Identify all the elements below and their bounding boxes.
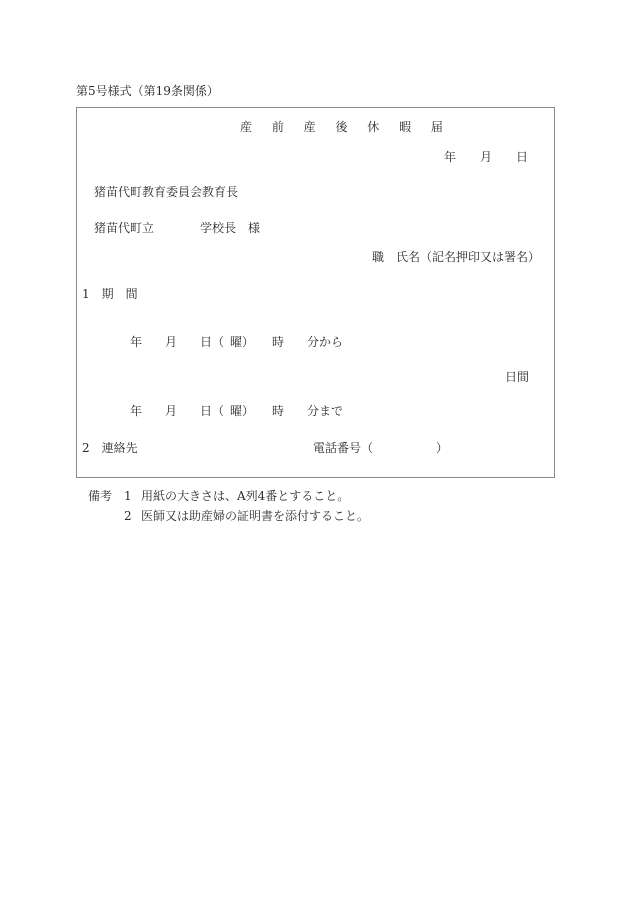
addressee-school-prefix: 猪苗代町立 <box>94 221 154 235</box>
from-hour: 時 <box>272 335 284 349</box>
date-month: 月 <box>480 150 492 164</box>
date-day: 日 <box>516 150 528 164</box>
section-contact-label: 2 連絡先 <box>82 441 138 455</box>
from-year: 年 <box>130 335 142 349</box>
from-weekday: 曜） <box>230 335 254 349</box>
addressee-board: 猪苗代町教育委員会教育長 <box>94 185 238 199</box>
note-1-num: 1 <box>124 489 132 503</box>
to-minute: 分まで <box>307 404 343 418</box>
from-month: 月 <box>165 335 177 349</box>
to-hour: 時 <box>272 404 284 418</box>
notes-label: 備考 <box>88 489 112 503</box>
to-month: 月 <box>165 404 177 418</box>
from-day: 日（ <box>200 335 224 349</box>
to-year: 年 <box>130 404 142 418</box>
form-title: 産 前 産 後 休 暇 届 <box>240 120 451 134</box>
phone-close: ） <box>436 441 448 455</box>
days-label: 日間 <box>505 370 529 384</box>
note-2-text: 医師又は助産婦の証明書を添付すること。 <box>141 509 369 523</box>
to-day: 日（ <box>200 404 224 418</box>
form-number: 第5号様式（第19条関係） <box>76 84 219 98</box>
section-period-label: 1 期 間 <box>82 287 138 301</box>
note-1-text: 用紙の大きさは、A列4番とすること。 <box>141 489 349 503</box>
note-2-num: 2 <box>124 509 132 523</box>
applicant-name-label: 職 氏名（記名押印又は署名） <box>372 250 540 264</box>
addressee-school-suffix: 学校長 様 <box>200 221 260 235</box>
to-weekday: 曜） <box>230 404 254 418</box>
from-minute: 分から <box>307 335 343 349</box>
date-year: 年 <box>444 150 456 164</box>
phone-label: 電話番号（ <box>313 441 373 455</box>
